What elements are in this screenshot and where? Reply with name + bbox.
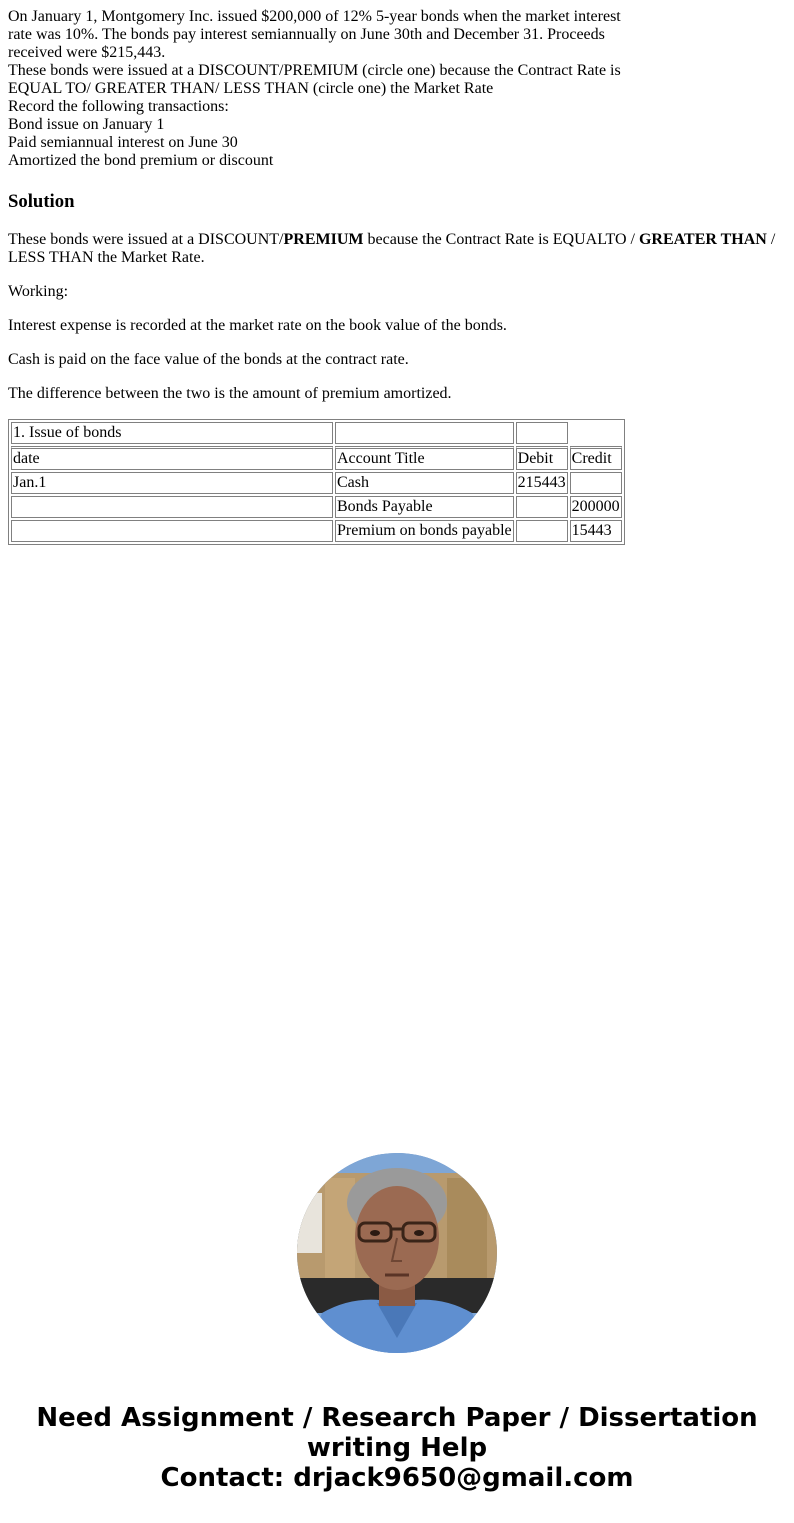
cell-debit xyxy=(516,520,568,542)
solution-answer: These bonds were issued at a DISCOUNT/PR… xyxy=(8,231,786,403)
cell-account-title: Premium on bonds payable xyxy=(335,520,514,542)
answer-choice-greater-than: GREATER THAN xyxy=(639,231,767,248)
table-row: Bonds Payable 200000 xyxy=(11,496,622,518)
question-line: rate was 10%. The bonds pay interest sem… xyxy=(8,26,786,44)
question-line: These bonds were issued at a DISCOUNT/PR… xyxy=(8,62,786,80)
table-title-row: 1. Issue of bonds xyxy=(11,422,622,444)
answer-choice-premium: PREMIUM xyxy=(284,231,364,248)
cell-date: Jan.1 xyxy=(11,472,333,494)
column-header-debit: Debit xyxy=(516,446,568,470)
working-note: The difference between the two is the am… xyxy=(8,385,786,403)
question-text: On January 1, Montgomery Inc. issued $20… xyxy=(8,8,786,170)
promo-contact: Contact: drjack9650@gmail.com xyxy=(0,1463,794,1493)
table-cell xyxy=(516,422,568,444)
cell-date xyxy=(11,496,333,518)
cell-credit: 200000 xyxy=(570,496,622,518)
table-row: Premium on bonds payable 15443 xyxy=(11,520,622,542)
column-header-credit: Credit xyxy=(570,446,622,470)
question-line: Amortized the bond premium or discount xyxy=(8,152,786,170)
working-label: Working: xyxy=(8,283,786,301)
column-header-account-title: Account Title xyxy=(335,446,514,470)
cell-date xyxy=(11,520,333,542)
question-line: Bond issue on January 1 xyxy=(8,116,786,134)
cell-account-title: Cash xyxy=(335,472,514,494)
answer-text: These bonds were issued at a DISCOUNT/ xyxy=(8,231,284,248)
answer-statement: These bonds were issued at a DISCOUNT/PR… xyxy=(8,231,786,267)
promo-line: writing Help xyxy=(0,1433,794,1463)
table-header-row: date Account Title Debit Credit xyxy=(11,446,622,470)
table-title-cell: 1. Issue of bonds xyxy=(11,422,333,444)
tutor-portrait-icon xyxy=(297,1153,497,1353)
page-content: On January 1, Montgomery Inc. issued $20… xyxy=(0,0,794,545)
journal-entry-table: 1. Issue of bonds date Account Title Deb… xyxy=(8,419,625,545)
cell-credit xyxy=(570,472,622,494)
promo-line: Need Assignment / Research Paper / Disse… xyxy=(0,1403,794,1433)
question-line: Record the following transactions: xyxy=(8,98,786,116)
question-line: EQUAL TO/ GREATER THAN/ LESS THAN (circl… xyxy=(8,80,786,98)
cell-debit: 215443 xyxy=(516,472,568,494)
table-cell xyxy=(335,422,514,444)
solution-heading: Solution xyxy=(8,191,786,213)
cell-credit: 15443 xyxy=(570,520,622,542)
tutor-avatar xyxy=(297,1153,497,1353)
cell-debit xyxy=(516,496,568,518)
working-note: Cash is paid on the face value of the bo… xyxy=(8,351,786,369)
column-header-date: date xyxy=(11,446,333,470)
question-line: Paid semiannual interest on June 30 xyxy=(8,134,786,152)
cell-account-title: Bonds Payable xyxy=(335,496,514,518)
working-note: Interest expense is recorded at the mark… xyxy=(8,317,786,335)
question-line: On January 1, Montgomery Inc. issued $20… xyxy=(8,8,786,26)
answer-text: because the Contract Rate is EQUALTO / xyxy=(363,231,639,248)
table-row: Jan.1 Cash 215443 xyxy=(11,472,622,494)
promo-banner: Need Assignment / Research Paper / Disse… xyxy=(0,1403,794,1493)
question-line: received were $215,443. xyxy=(8,44,786,62)
